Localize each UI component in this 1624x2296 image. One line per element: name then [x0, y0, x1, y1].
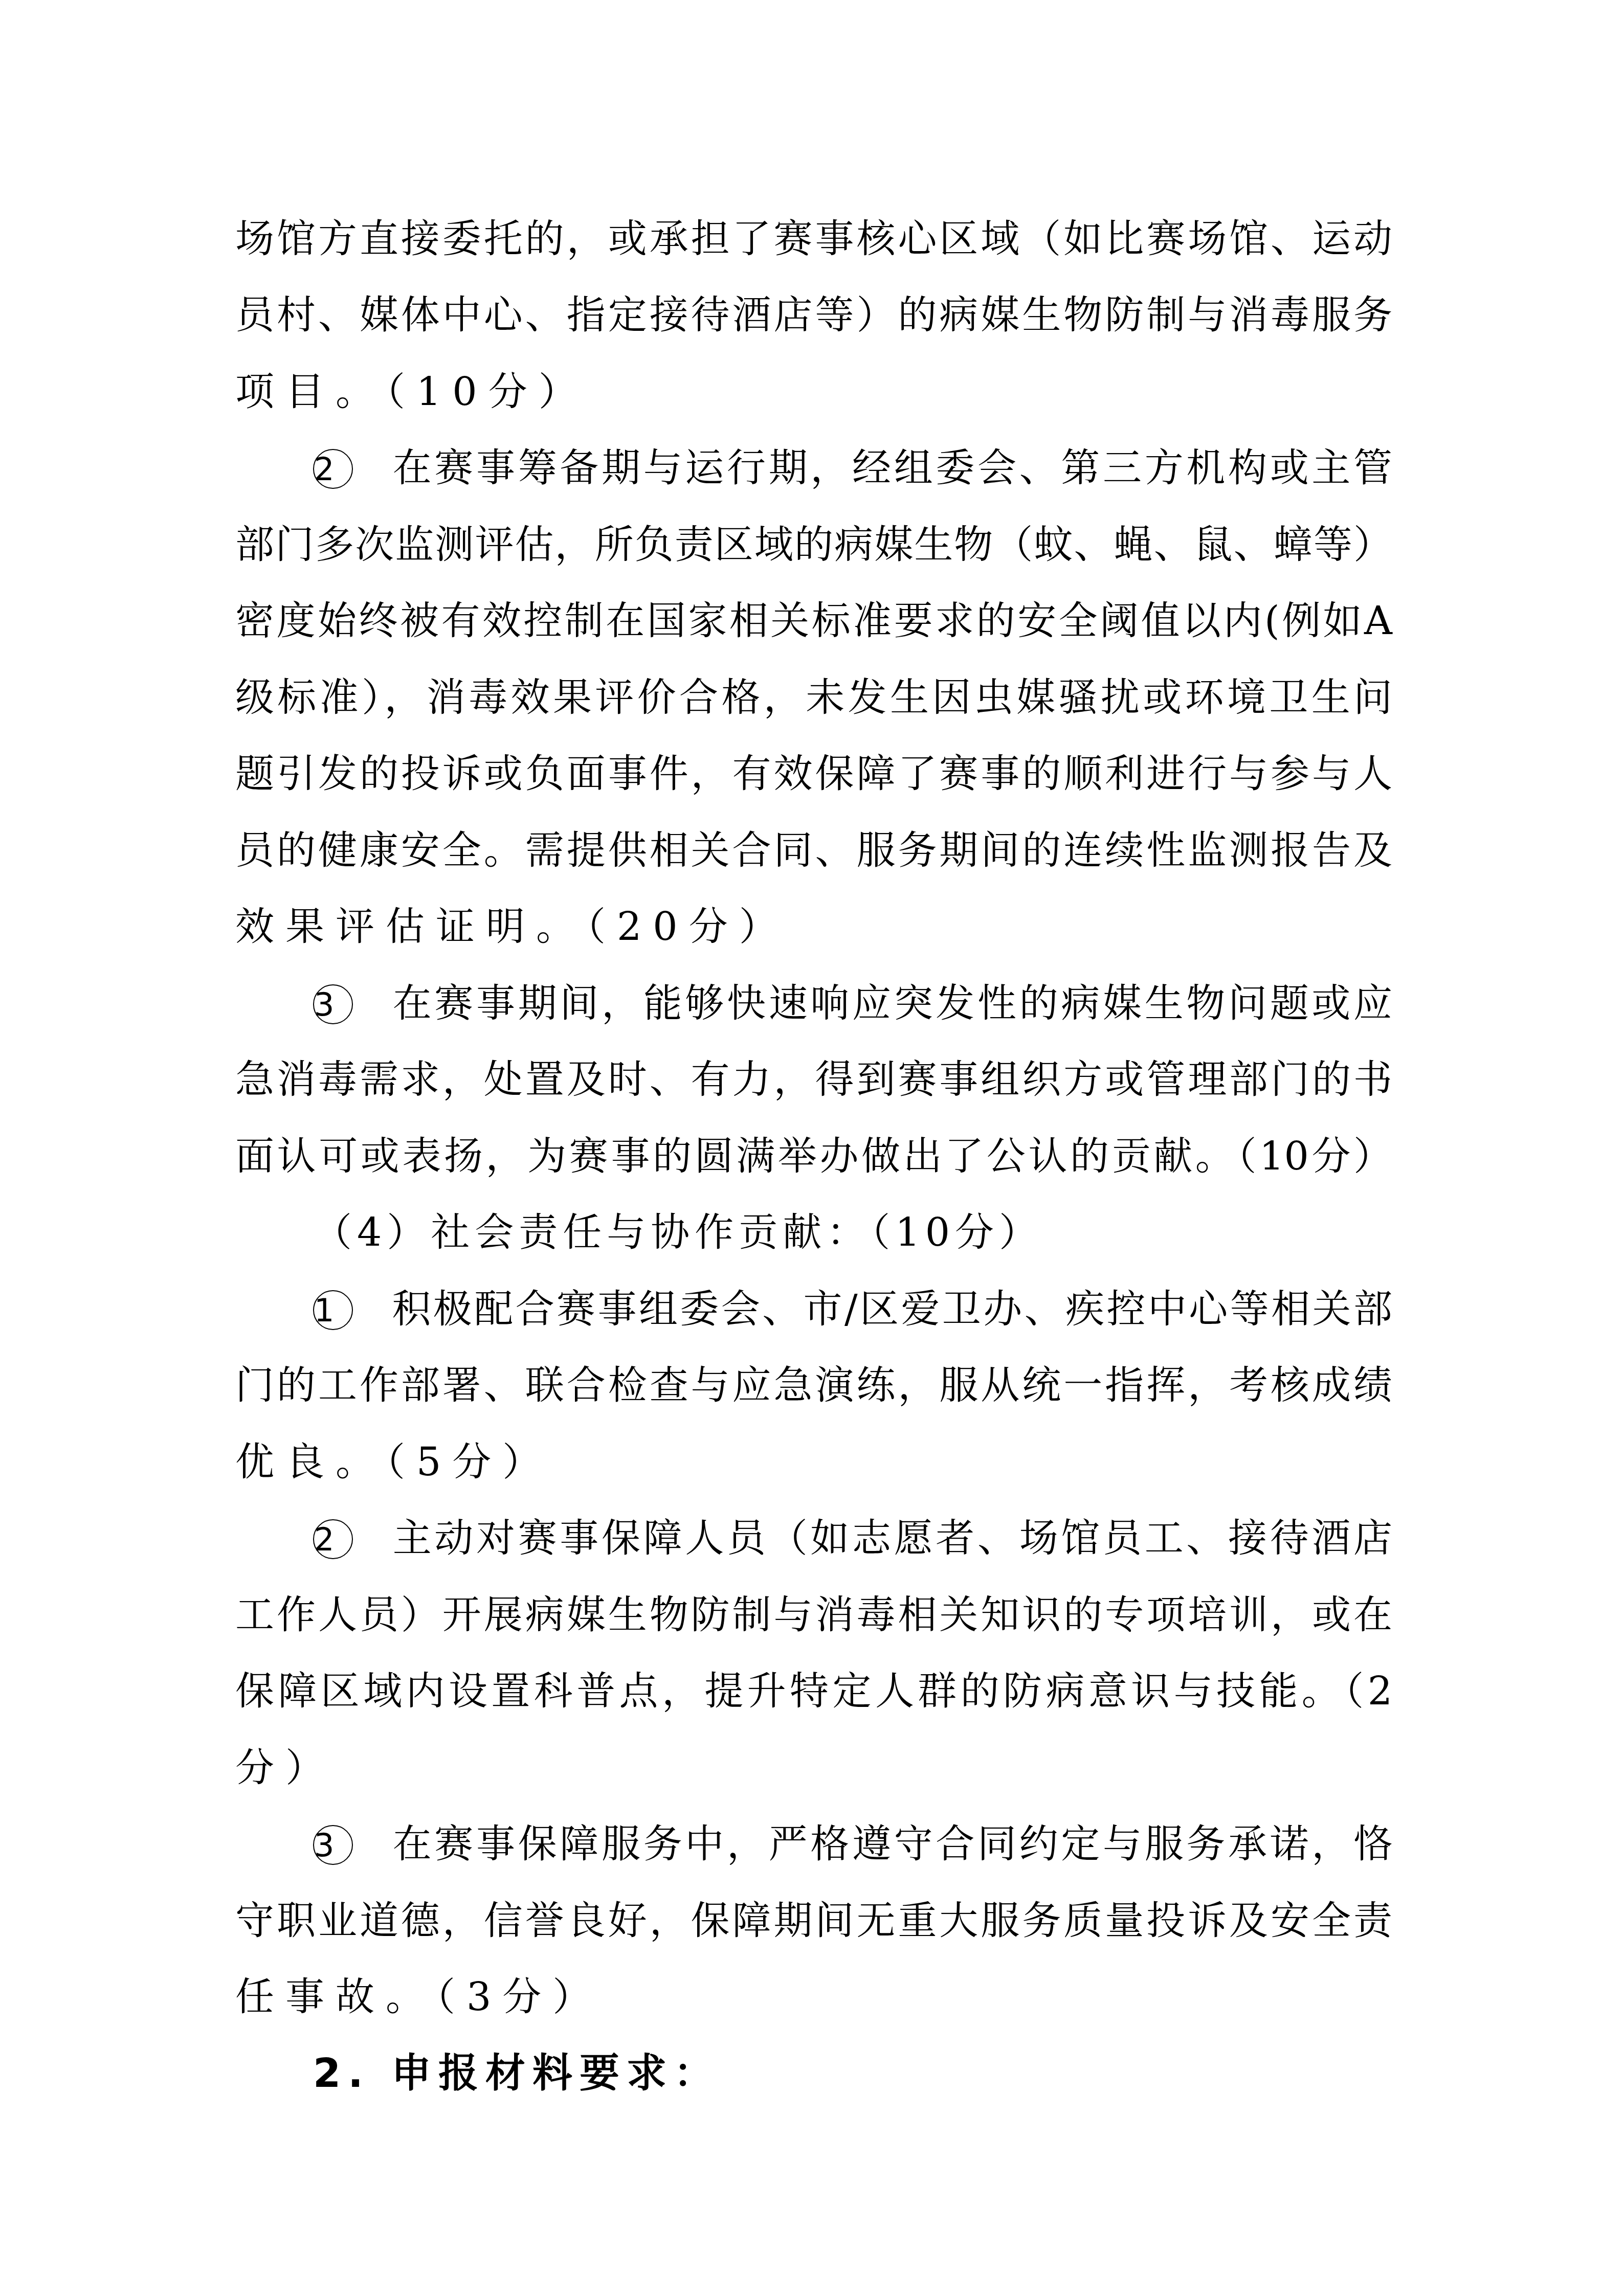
list-item-1-first-line: 1积极配合赛事组委会、市/区爱卫办、疾控中心等相关部 [313, 1284, 1392, 1335]
list-item-2-first-line: 2主动对赛事保障人员（如志愿者、场馆员工、接待酒店 [313, 1513, 1392, 1564]
item-text: 在赛事期间，能够快速响应突发性的病媒生物问题或应 [390, 980, 1392, 1026]
item-marker: 1 [313, 1284, 390, 1335]
paragraph-line: 员村、媒体中心、指定接待酒店等）的病媒生物防制与消毒服务 [235, 289, 1392, 341]
item-text: 在赛事筹备期与运行期，经组委会、第三方机构或主管 [390, 445, 1392, 490]
circled-number-icon: 1 [313, 1290, 353, 1330]
paragraph-line: 员的健康安全。需提供相关合同、服务期间的连续性监测报告及 [235, 825, 1392, 876]
circled-number-icon: 2 [313, 449, 353, 489]
item-marker: 3 [313, 1818, 390, 1870]
item-text: 主动对赛事保障人员（如志愿者、场馆员工、接待酒店 [390, 1515, 1392, 1561]
paragraph-line: 题引发的投诉或负面事件，有效保障了赛事的顺利进行与参与人 [235, 748, 1392, 799]
paragraph-line: 部门多次监测评估，所负责区域的病媒生物（蚊、蝇、鼠、蟑等） [235, 519, 1392, 570]
item-marker: 2 [313, 1513, 390, 1564]
list-item-2-first-line: 2在赛事筹备期与运行期，经组委会、第三方机构或主管 [313, 442, 1392, 493]
list-item-3-first-line: 3在赛事保障服务中，严格遵守合同约定与服务承诺，恪 [313, 1818, 1392, 1870]
list-item-3-first-line: 3在赛事期间，能够快速响应突发性的病媒生物问题或应 [313, 978, 1392, 1029]
paragraph-line: 守职业道德，信誉良好，保障期间无重大服务质量投诉及安全责 [235, 1895, 1392, 1946]
item-text: 在赛事保障服务中，严格遵守合同约定与服务承诺，恪 [390, 1821, 1392, 1866]
paragraph-line: 分） [235, 1742, 1392, 1793]
section-4-title: （4）社会责任与协作贡献：（10分） [313, 1207, 1392, 1258]
item-marker: 3 [313, 978, 390, 1029]
paragraph-line: 工作人员）开展病媒生物防制与消毒相关知识的专项培训，或在 [235, 1589, 1392, 1640]
circled-number-icon: 3 [313, 984, 353, 1024]
paragraph-line: 急消毒需求，处置及时、有力，得到赛事组织方或管理部门的书 [235, 1054, 1392, 1105]
paragraph-line: 优良。（5分） [235, 1436, 1392, 1488]
paragraph-line: 任事故。（3分） [235, 1971, 1392, 2022]
paragraph-line: 保障区域内设置科普点，提升特定人群的防病意识与技能。（2 [235, 1665, 1392, 1717]
document-page: 场馆方直接委托的，或承担了赛事核心区域（如比赛场馆、运动 员村、媒体中心、指定接… [0, 0, 1624, 2296]
section-heading: 2. 申报材料要求： [313, 2048, 1392, 2099]
paragraph-line: 面认可或表扬，为赛事的圆满举办做出了公认的贡献。（10分） [235, 1131, 1392, 1182]
paragraph-line: 门的工作部署、联合检查与应急演练，服从统一指挥，考核成绩 [235, 1360, 1392, 1411]
paragraph-line: 级标准），消毒效果评价合格，未发生因虫媒骚扰或环境卫生问 [235, 672, 1392, 723]
paragraph-line: 项目。（10分） [235, 366, 1392, 417]
item-marker: 2 [313, 442, 390, 493]
item-text: 积极配合赛事组委会、市/区爱卫办、疾控中心等相关部 [390, 1286, 1392, 1332]
paragraph-line: 效果评估证明。（20分） [235, 901, 1392, 952]
circled-number-icon: 3 [313, 1825, 353, 1865]
circled-number-icon: 2 [313, 1519, 353, 1559]
paragraph-line: 场馆方直接委托的，或承担了赛事核心区域（如比赛场馆、运动 [235, 213, 1392, 264]
paragraph-line: 密度始终被有效控制在国家相关标准要求的安全阈值以内(例如A [235, 595, 1392, 646]
